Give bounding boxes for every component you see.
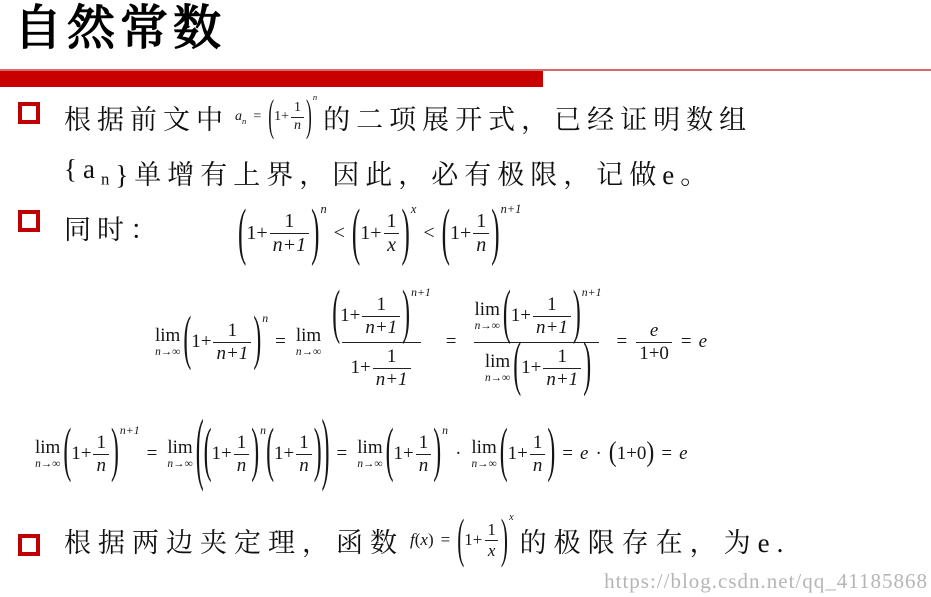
math-token: lim xyxy=(155,326,180,345)
right-paren: ) xyxy=(433,424,441,485)
exponent: n xyxy=(262,312,268,326)
exponent: n+1 xyxy=(411,286,431,300)
math-token: n xyxy=(291,117,304,134)
left-paren: ( xyxy=(503,286,511,347)
limit-operator: lim n→∞ xyxy=(35,438,60,470)
math-token: n xyxy=(234,454,250,477)
paren-group: ( 1+ 1 n ) n xyxy=(386,432,448,477)
math-token: lim xyxy=(35,438,60,457)
math-token: ) xyxy=(428,530,434,549)
math-token: < xyxy=(423,222,434,245)
variable-an: an xyxy=(235,109,246,126)
bullet-square-icon xyxy=(18,534,40,556)
slide: 自然常数 根据前文中 an = ( 1+ 1 n ) n xyxy=(0,0,931,597)
math-token: n→∞ xyxy=(471,459,496,470)
right-paren: ) xyxy=(251,424,259,485)
exponent: x xyxy=(411,202,417,216)
math-token: n→∞ xyxy=(35,459,60,470)
outer-paren-group: ( ( 1+ 1 n ) n ( 1+ 1 n ) ) xyxy=(196,432,330,477)
math-token: = xyxy=(681,331,692,353)
bullet1-line2-text: }单增有上界，因此，必有极限，记做e。 xyxy=(115,153,713,192)
math-token: n xyxy=(101,170,115,189)
fraction: 1 n+1 xyxy=(533,294,571,339)
math-token: n→∞ xyxy=(475,321,500,332)
watermark: https://blog.csdn.net/qq_41185868 xyxy=(604,569,928,594)
right-paren: ) xyxy=(573,286,581,347)
left-paren: ( xyxy=(196,414,204,495)
exponent: n xyxy=(313,92,317,102)
bullet2-label: 同时： xyxy=(64,208,163,247)
paren-group: ( 1+ 1 n ) n xyxy=(268,100,317,133)
right-paren: ) xyxy=(311,202,319,266)
math-token: < xyxy=(334,222,345,245)
left-paren: ( xyxy=(238,202,246,266)
math-token: n xyxy=(416,454,432,477)
math-token: 1 xyxy=(555,346,571,368)
formula-limit-derivation-2: lim n→∞ ( 1+ 1 n ) n+1 = lim n→∞ ( ( 1+ … xyxy=(32,432,688,477)
math-token: 1 xyxy=(384,210,400,233)
right-paren: ) xyxy=(547,424,555,485)
exponent: n xyxy=(442,424,448,438)
formula-squeeze-inequality: ( 1+ 1 n+1 ) n < ( 1+ 1 x ) x < ( 1+ 1 xyxy=(238,210,521,257)
right-paren: ) xyxy=(583,338,591,399)
math-token: x xyxy=(384,233,399,257)
fraction: 1 x xyxy=(384,210,400,257)
right-paren: ) xyxy=(314,424,322,485)
left-paren: ( xyxy=(500,424,508,485)
limit-operator: lim n→∞ xyxy=(155,326,180,358)
paren-group: ( 1+ 1 x ) x xyxy=(352,210,416,257)
math-token: 1+0 xyxy=(636,342,672,365)
big-fraction-denominator: 1+ 1 n+1 xyxy=(342,342,420,391)
math-token: 1 xyxy=(93,432,109,454)
math-token: lim xyxy=(485,352,510,371)
paren-group: ( 1+ 1 n+1 ) n xyxy=(183,320,268,365)
right-paren: ) xyxy=(306,95,312,140)
left-paren: ( xyxy=(183,312,191,373)
math-token: lim xyxy=(296,326,321,345)
bullet1-line1: 根据前文中 an = ( 1+ 1 n ) n 的二项展开式，已经证明数组 xyxy=(64,88,926,146)
left-paren: ( xyxy=(442,202,450,266)
fraction: e 1+0 xyxy=(636,320,672,365)
left-paren: ( xyxy=(513,338,521,399)
math-token: n→∞ xyxy=(357,459,382,470)
math-token: 1+ xyxy=(350,357,370,379)
math-token: 1+ xyxy=(394,443,414,465)
math-token: 1 xyxy=(544,294,560,316)
math-token: x xyxy=(420,530,428,549)
left-paren: ( xyxy=(352,202,360,266)
math-token: 1 xyxy=(373,294,389,316)
math-token: 1+ xyxy=(274,109,289,125)
paren-group: ( 1+ 1 n ) n+1 xyxy=(63,432,139,477)
fraction: 1 n xyxy=(296,432,312,477)
big-fraction: lim n→∞ ( 1+ 1 n+1 ) n+1 lim n→∞ xyxy=(466,294,608,390)
exponent: x xyxy=(509,512,514,524)
math-token: n+1 xyxy=(270,233,310,257)
paren-group: ( 1+ 1 n ) n xyxy=(204,432,266,477)
math-token: n+1 xyxy=(362,316,400,339)
math-token: = xyxy=(337,443,348,465)
math-token: 1+ xyxy=(191,331,211,353)
math-token: = xyxy=(562,443,573,465)
math-token: e xyxy=(647,320,661,342)
limit-operator: lim n→∞ xyxy=(475,300,500,332)
math-token: 1 xyxy=(225,320,241,342)
math-token: {a xyxy=(64,154,101,184)
formula-limit-derivation-1: lim n→∞ ( 1+ 1 n+1 ) n = lim n→∞ ( 1+ xyxy=(152,294,707,390)
fraction: 1 n+1 xyxy=(362,294,400,339)
formula-an-definition: an = ( 1+ 1 n ) n xyxy=(235,100,317,133)
math-token: · xyxy=(455,443,461,465)
math-token: 1+ xyxy=(464,530,482,550)
bullet1-post-text: 的二项展开式，已经证明数组 xyxy=(323,98,752,137)
limit-operator: lim n→∞ xyxy=(485,352,510,384)
math-token: 1 xyxy=(291,100,304,116)
big-fraction-numerator: ( 1+ 1 n+1 ) n+1 xyxy=(326,294,437,342)
math-token: 1 xyxy=(473,210,489,233)
left-paren: ( xyxy=(204,424,212,485)
right-paren: ) xyxy=(491,202,499,266)
bullet1-line2: {an}单增有上界，因此，必有极限，记做e。 xyxy=(64,148,926,196)
sequence-an: {an xyxy=(64,154,115,189)
fraction: 1 n xyxy=(473,210,489,257)
function-fx: f(x) xyxy=(410,530,434,550)
math-token: 1+ xyxy=(450,222,471,245)
fraction: 1 x xyxy=(484,520,499,560)
fraction: 1 n+1 xyxy=(543,346,581,391)
limit-operator: lim n→∞ xyxy=(296,326,321,358)
math-token: 1+ xyxy=(71,443,91,465)
math-token: e xyxy=(699,331,707,353)
right-paren: ) xyxy=(402,202,410,266)
fraction: 1 n+1 xyxy=(270,210,310,257)
math-token: 1 xyxy=(234,432,250,454)
math-token: a xyxy=(235,109,242,124)
bullet3-post-text: 的极限存在，为e. xyxy=(520,521,791,560)
math-token: n xyxy=(93,454,109,477)
math-token: 1 xyxy=(384,346,400,368)
left-paren: ( xyxy=(609,440,617,469)
math-token: 1+ xyxy=(246,222,267,245)
bullet1-pre-text: 根据前文中 xyxy=(64,98,229,137)
fraction: 1 n xyxy=(291,100,304,133)
paren-group: ( 1+ 1 n+1 ) n xyxy=(238,210,327,257)
exponent: n+1 xyxy=(582,286,602,300)
big-fraction-denominator: lim n→∞ ( 1+ 1 n+1 ) xyxy=(474,342,599,391)
left-paren: ( xyxy=(386,424,394,485)
math-token: 1+0 xyxy=(617,443,647,465)
math-token: = xyxy=(253,109,261,125)
paren-group: ( 1+ 1 n+1 ) xyxy=(513,346,591,391)
math-token: x xyxy=(485,540,499,561)
exponent: n+1 xyxy=(120,424,140,438)
paren-group: ( 1+0 ) xyxy=(609,442,655,466)
math-token: n xyxy=(296,454,312,477)
math-token: = xyxy=(616,331,627,353)
math-token: 1 xyxy=(484,520,499,540)
title-underline-bar xyxy=(0,71,543,87)
fraction: 1 n+1 xyxy=(373,346,411,391)
left-paren: ( xyxy=(332,286,340,347)
paren-group: ( 1+ 1 n+1 ) n+1 xyxy=(332,294,431,339)
math-token: n+1 xyxy=(213,342,251,365)
big-fraction: ( 1+ 1 n+1 ) n+1 1+ 1 n+1 xyxy=(326,294,437,390)
bullet3: 根据两边夹定理，函数 f(x) = ( 1+ 1 x ) x 的极限存在，为e. xyxy=(64,520,790,560)
math-token: 1+ xyxy=(511,305,531,327)
left-paren: ( xyxy=(457,513,464,567)
math-token: 1+ xyxy=(521,357,541,379)
fraction: 1 n xyxy=(234,432,250,477)
limit-operator: lim n→∞ xyxy=(471,438,496,470)
bullet1: 根据前文中 an = ( 1+ 1 n ) n 的二项展开式，已经证明数组 {a… xyxy=(64,88,926,196)
limit-operator: lim n→∞ xyxy=(167,438,192,470)
limit-operator: lim n→∞ xyxy=(357,438,382,470)
math-token: 1+ xyxy=(508,443,528,465)
page-title: 自然常数 xyxy=(14,0,226,58)
left-paren: ( xyxy=(268,95,274,140)
math-token: 1+ xyxy=(212,443,232,465)
math-token: e xyxy=(580,443,588,465)
math-token: n+1 xyxy=(533,316,571,339)
bullet-square-icon xyxy=(18,102,40,124)
exponent: n+1 xyxy=(501,202,522,216)
math-token: lim xyxy=(357,438,382,457)
paren-group: ( 1+ 1 n ) xyxy=(266,432,322,477)
right-paren: ) xyxy=(111,424,119,485)
math-token: · xyxy=(595,443,601,465)
math-token: n→∞ xyxy=(167,459,192,470)
math-token: n+1 xyxy=(543,368,581,391)
math-token: n xyxy=(242,115,246,125)
right-paren: ) xyxy=(322,414,330,495)
right-paren: ) xyxy=(253,312,261,373)
right-paren: ) xyxy=(402,286,410,347)
math-token: 1 xyxy=(530,432,546,454)
right-paren: ) xyxy=(646,440,654,469)
paren-group: ( 1+ 1 n ) xyxy=(500,432,556,477)
fraction: 1 n xyxy=(93,432,109,477)
math-token: n xyxy=(530,454,546,477)
bullet-square-icon xyxy=(18,210,40,232)
fraction: 1 n+1 xyxy=(213,320,251,365)
right-paren: ) xyxy=(501,513,508,567)
math-token: lim xyxy=(471,438,496,457)
math-token: n→∞ xyxy=(155,347,180,358)
fraction: 1 n xyxy=(530,432,546,477)
left-paren: ( xyxy=(266,424,274,485)
math-token: lim xyxy=(167,438,192,457)
math-token: = xyxy=(441,530,451,550)
math-token: = xyxy=(275,331,286,353)
math-token: = xyxy=(147,443,158,465)
math-token: e xyxy=(679,443,687,465)
math-token: = xyxy=(446,331,457,353)
math-token: n+1 xyxy=(373,368,411,391)
fraction: 1 n xyxy=(416,432,432,477)
paren-group: ( 1+ 1 n ) n+1 xyxy=(442,210,522,257)
math-token: = xyxy=(661,443,672,465)
math-token: lim xyxy=(475,300,500,319)
math-token: 1+ xyxy=(340,305,360,327)
math-token: 1+ xyxy=(360,222,381,245)
math-token: n xyxy=(473,233,489,257)
paren-group: ( 1+ 1 x ) x xyxy=(457,520,513,560)
math-token: n→∞ xyxy=(485,373,510,384)
bullet3-pre-text: 根据两边夹定理，函数 xyxy=(64,521,404,560)
math-token: 1 xyxy=(416,432,432,454)
math-token: 1 xyxy=(281,210,297,233)
math-token: 1 xyxy=(296,432,312,454)
left-paren: ( xyxy=(63,424,71,485)
formula-fx-definition: f(x) = ( 1+ 1 x ) x xyxy=(410,520,514,560)
math-token: 1+ xyxy=(274,443,294,465)
exponent: n xyxy=(320,202,326,216)
math-token: n→∞ xyxy=(296,347,321,358)
